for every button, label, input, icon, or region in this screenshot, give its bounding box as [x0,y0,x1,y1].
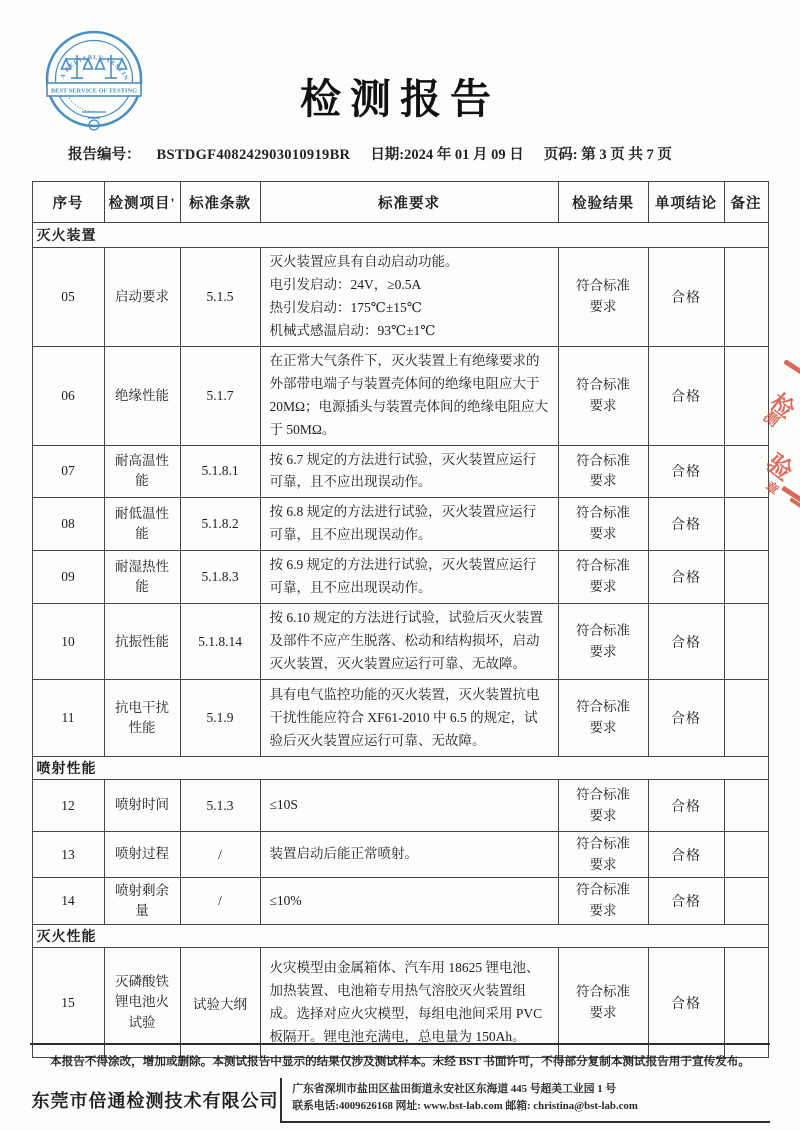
remark-cell [724,680,768,757]
col-remark: 备注 [724,182,768,223]
requirement-cell: 火灾模型由金属箱体、汽车用 18625 锂电池、加热装置、电池箱专用热气溶胶灭火… [260,948,558,1058]
item-name-cell: 抗电干扰性能 [104,680,180,757]
item-name-cell: 启动要求 [104,248,180,347]
table-row: 12 喷射时间 5.1.3 ≤10S 符合标准 要求 合格 [32,780,768,832]
conclusion-cell: 合格 [648,445,724,498]
footer-top-rule [30,1043,770,1045]
item-name-cell: 喷射时间 [104,780,180,832]
result-cell: 符合标准 要求 [558,948,648,1058]
col-item: 检测项目' [104,182,180,223]
table-row: 15 灭磷酸铁锂电池火试验 试验大纲 火灾模型由金属箱体、汽车用 18625 锂… [32,948,768,1058]
seq-cell: 12 [32,780,104,832]
seq-cell: 13 [32,832,104,878]
item-name-cell: 绝缘性能 [104,346,180,445]
conclusion-cell: 合格 [648,551,724,604]
result-cell: 符合标准 要求 [558,680,648,757]
clause-cell: 5.1.8.1 [180,445,260,498]
col-result: 检验结果 [558,182,648,223]
section-title: 灭火装置 [32,223,768,248]
conclusion-cell: 合格 [648,248,724,347]
clause-cell: 5.1.8.2 [180,498,260,551]
seq-cell: 05 [32,248,104,347]
section-row: 灭火性能 [32,925,768,948]
section-row: 灭火装置 [32,223,768,248]
col-conclusion: 单项结论 [648,182,724,223]
clause-cell: 5.1.9 [180,680,260,757]
conclusion-cell: 合格 [648,780,724,832]
conclusion-cell: 合格 [648,948,724,1058]
requirement-cell: 装置启动后能正常喷射。 [260,832,558,878]
remark-cell [724,780,768,832]
seq-cell: 15 [32,948,104,1058]
remark-cell [724,948,768,1058]
seq-cell: 09 [32,551,104,604]
item-name-cell: 抗振性能 [104,604,180,680]
report-info-line: 报告编号：BSTDGF408242903010919BR日期:2024 年 01… [68,143,672,164]
section-row: 喷射性能 [32,757,768,780]
result-cell: 符合标准 要求 [558,604,648,680]
table-row: 14 喷射剩余量 / ≤10% 符合标准 要求 合格 [32,878,768,925]
requirement-cell: 按 6.9 规定的方法进行试验，灭火装置应运行可靠，且不应出现误动作。 [260,551,558,604]
result-cell: 符合标准 要求 [558,780,648,832]
remark-cell [724,498,768,551]
table-row: 05 启动要求 5.1.5 灭火装置应具有自动启动功能。 电引发启动：24V，≥… [32,248,768,347]
result-cell: 符合标准 要求 [558,832,648,878]
col-clause: 标准条款 [180,182,260,223]
clause-cell: 5.1.3 [180,780,260,832]
table-row: 09 耐湿热性能 5.1.8.3 按 6.9 规定的方法进行试验，灭火装置应运行… [32,551,768,604]
footer-company-row: 东莞市倍通检测技术有限公司 广东省深圳市盐田区盐田街道永安社区东海道 445 号… [30,1078,770,1123]
seq-cell: 14 [32,878,104,925]
requirement-cell: 灭火装置应具有自动启动功能。 电引发启动：24V，≥0.5A 热引发启动：175… [260,248,558,347]
seq-cell: 07 [32,445,104,498]
conclusion-cell: 合格 [648,498,724,551]
report-page-number: 页码: 第 3 页 共 7 页 [544,147,672,163]
conclusion-cell: 合格 [648,832,724,878]
remark-cell [724,248,768,347]
clause-cell: / [180,832,260,878]
clause-cell: 试验大纲 [180,948,260,1058]
company-name: 东莞市倍通检测技术有限公司 [30,1078,280,1123]
report-footer: 本报告不得涂改，增加或删除。本测试报告中显示的结果仅涉及测试样本。未经 BST … [30,1043,770,1123]
report-no-label: 报告编号： [68,147,141,163]
company-address: 广东省深圳市盐田区盐田街道永安社区东海道 445 号超美工业园 1 号 [292,1081,768,1098]
report-title: 检测报告 [0,66,800,125]
result-cell: 符合标准 要求 [558,551,648,604]
result-cell: 符合标准 要求 [558,248,648,347]
seq-cell: 11 [32,680,104,757]
clause-cell: 5.1.8.3 [180,551,260,604]
conclusion-cell: 合格 [648,604,724,680]
table-row: 08 耐低温性能 5.1.8.2 按 6.8 规定的方法进行试验，灭火装置应运行… [32,498,768,551]
company-contact: 联系电话:4009626168 网址: www.bst-lab.com 邮箱: … [292,1098,768,1115]
table-row: 06 绝缘性能 5.1.7 在正常大气条件下，灭火装置上有绝缘要求的外部带电端子… [32,346,768,445]
section-title: 灭火性能 [32,925,768,948]
remark-cell [724,832,768,878]
remark-cell [724,604,768,680]
clause-cell: / [180,878,260,925]
conclusion-cell: 合格 [648,680,724,757]
result-cell: 符合标准 要求 [558,878,648,925]
seq-cell: 06 [32,346,104,445]
report-page: A RELIABLE TESTING • • • • • • • • • • •… [0,0,800,1131]
report-no-value: BSTDGF408242903010919BR [157,147,351,163]
remark-cell [724,551,768,604]
item-name-cell: 耐低温性能 [104,498,180,551]
item-name-cell: 喷射过程 [104,832,180,878]
table-header-row: 序号 检测项目' 标准条款 标准要求 检验结果 单项结论 备注 [32,182,768,223]
test-results-table: 序号 检测项目' 标准条款 标准要求 检验结果 单项结论 备注 灭火装置 05 … [32,181,769,1058]
item-name-cell: 耐湿热性能 [104,551,180,604]
conclusion-cell: 合格 [648,346,724,445]
requirement-cell: 具有电气监控功能的灭火装置，灭火装置抗电干扰性能应符合 XF61-2010 中 … [260,680,558,757]
table-row: 11 抗电干扰性能 5.1.9 具有电气监控功能的灭火装置，灭火装置抗电干扰性能… [32,680,768,757]
requirement-cell: 按 6.7 规定的方法进行试验，灭火装置应运行可靠，且不应出现误动作。 [260,445,558,498]
col-requirement: 标准要求 [260,182,558,223]
remark-cell [724,878,768,925]
clause-cell: 5.1.7 [180,346,260,445]
company-contact-block: 广东省深圳市盐田区盐田街道永安社区东海道 445 号超美工业园 1 号 联系电话… [282,1078,770,1123]
table-row: 07 耐高温性能 5.1.8.1 按 6.7 规定的方法进行试验，灭火装置应运行… [32,445,768,498]
report-date: 日期:2024 年 01 月 09 日 [370,147,523,163]
footer-disclaimer: 本报告不得涂改，增加或删除。本测试报告中显示的结果仅涉及测试样本。未经 BST … [30,1053,770,1069]
item-name-cell: 耐高温性能 [104,445,180,498]
table-row: 13 喷射过程 / 装置启动后能正常喷射。 符合标准 要求 合格 [32,832,768,878]
seq-cell: 10 [32,604,104,680]
requirement-cell: 按 6.10 规定的方法进行试验，试验后灭火装置及部件不应产生脱落、松动和结构损… [260,604,558,680]
requirement-cell: 在正常大气条件下，灭火装置上有绝缘要求的外部带电端子与装置壳体间的绝缘电阻应大于… [260,346,558,445]
conclusion-cell: 合格 [648,878,724,925]
remark-cell [724,346,768,445]
item-name-cell: 喷射剩余量 [104,878,180,925]
requirement-cell: ≤10% [260,878,558,925]
table-row: 10 抗振性能 5.1.8.14 按 6.10 规定的方法进行试验，试验后灭火装… [32,604,768,680]
result-cell: 符合标准 要求 [558,346,648,445]
stamp-char: 检 [764,384,800,424]
item-name-cell: 灭磷酸铁锂电池火试验 [104,948,180,1058]
result-cell: 符合标准 要求 [558,498,648,551]
requirement-cell: 按 6.8 规定的方法进行试验，灭火装置应运行可靠，且不应出现误动作。 [260,498,558,551]
clause-cell: 5.1.5 [180,248,260,347]
remark-cell [724,445,768,498]
requirement-cell: ≤10S [260,780,558,832]
col-seq: 序号 [32,182,104,223]
result-cell: 符合标准 要求 [558,445,648,498]
seq-cell: 08 [32,498,104,551]
clause-cell: 5.1.8.14 [180,604,260,680]
section-title: 喷射性能 [32,757,768,780]
